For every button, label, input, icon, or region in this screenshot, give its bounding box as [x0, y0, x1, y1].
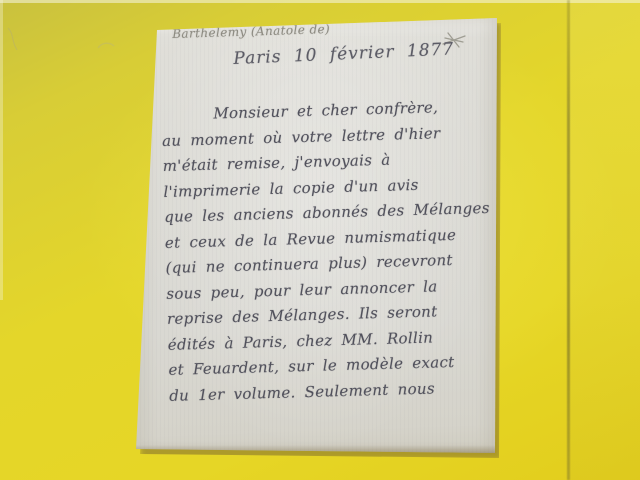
letter-body: Monsieur et cher confrère, au moment où … [161, 94, 499, 409]
stray-pencil-smudge [96, 40, 116, 52]
photo-left-edge-highlight [0, 0, 3, 300]
letter-body-lines: au moment où votre lettre d'hierm'était … [162, 119, 500, 409]
stray-pencil-mark [5, 26, 21, 52]
photo-of-letter: Barthelemy (Anatole de) Paris 10 février… [0, 0, 640, 480]
background-right-panel [570, 0, 640, 480]
letter-sheet: Barthelemy (Anatole de) Paris 10 février… [136, 17, 498, 455]
archival-pencil-note: Barthelemy (Anatole de) [172, 20, 402, 41]
photo-top-edge-highlight [0, 0, 640, 3]
letter-dateline: Paris 10 février 1877 [233, 39, 464, 69]
